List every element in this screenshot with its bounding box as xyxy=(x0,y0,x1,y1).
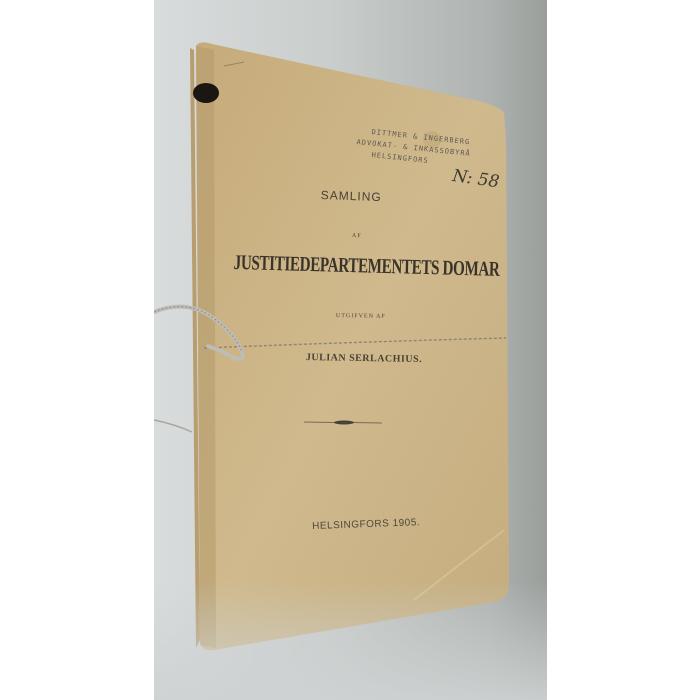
editor-label: UTGIFVEN AF xyxy=(336,313,386,320)
title-connector: AF xyxy=(352,233,362,239)
book-cover xyxy=(196,42,509,650)
punch-hole xyxy=(193,83,219,103)
author-name: JULIAN SERLACHIUS. xyxy=(306,352,422,365)
title-top: SAMLING xyxy=(321,188,382,204)
book-photo: DITTMER & INGERBERG ADVOKAT- & INKASSOBY… xyxy=(154,0,547,700)
